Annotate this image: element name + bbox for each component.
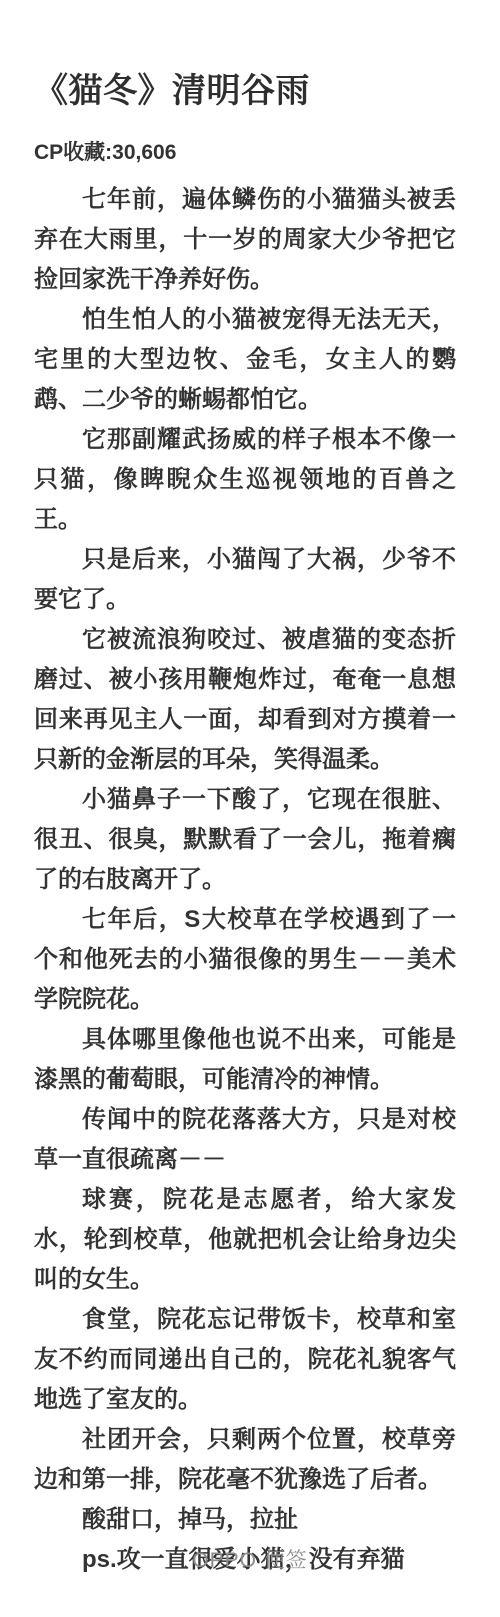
note-title: 《猫冬》清明谷雨	[34, 69, 456, 113]
paragraph: 它那副耀武扬威的样子根本不像一只猫，像睥睨众生巡视领地的百兽之王。	[34, 420, 456, 540]
paragraph: 社团开会，只剩两个位置，校草旁边和第一排，院花毫不犹豫选了后者。	[34, 1420, 456, 1500]
oppo-notes-watermark: OPPO 便签	[0, 1544, 500, 1574]
paragraph: 酸甜口，掉马，拉扯	[34, 1500, 456, 1540]
paragraph: 只是后来，小猫闯了大祸，少爷不要它了。	[34, 540, 456, 620]
note-page: { "note": { "title": "《猫冬》清明谷雨", "stats"…	[0, 0, 500, 1617]
cp-favorites-count: CP收藏:30,606	[34, 136, 456, 166]
note-body: 七年前，遍体鳞伤的小猫猫头被丢弃在大雨里，十一岁的周家大少爷把它捡回家洗干净养好…	[34, 180, 456, 1580]
paragraph: 传闻中的院花落落大方，只是对校草一直很疏离－－	[34, 1100, 456, 1180]
paragraph: 七年后，S大校草在学校遇到了一个和他死去的小猫很像的男生－－美术学院院花。	[34, 900, 456, 1020]
paragraph: 小猫鼻子一下酸了，它现在很脏、很丑、很臭，默默看了一会儿，拖着瘸了的右肢离开了。	[34, 780, 456, 900]
paragraph: 怕生怕人的小猫被宠得无法无天，宅里的大型边牧、金毛，女主人的鹦鹉、二少爷的蜥蜴都…	[34, 300, 456, 420]
paragraph: 它被流浪狗咬过、被虐猫的变态折磨过、被小孩用鞭炮炸过，奄奄一息想回来再见主人一面…	[34, 620, 456, 780]
paragraph: 球赛，院花是志愿者，给大家发水，轮到校草，他就把机会让给身边尖叫的女生。	[34, 1180, 456, 1300]
paragraph: 食堂，院花忘记带饭卡，校草和室友不约而同递出自己的，院花礼貌客气地选了室友的。	[34, 1300, 456, 1420]
note-content: 《猫冬》清明谷雨 CP收藏:30,606 七年前，遍体鳞伤的小猫猫头被丢弃在大雨…	[0, 0, 500, 1580]
paragraph: 具体哪里像他也说不出来，可能是漆黑的葡萄眼，可能清冷的神情。	[34, 1020, 456, 1100]
paragraph: 七年前，遍体鳞伤的小猫猫头被丢弃在大雨里，十一岁的周家大少爷把它捡回家洗干净养好…	[34, 180, 456, 300]
